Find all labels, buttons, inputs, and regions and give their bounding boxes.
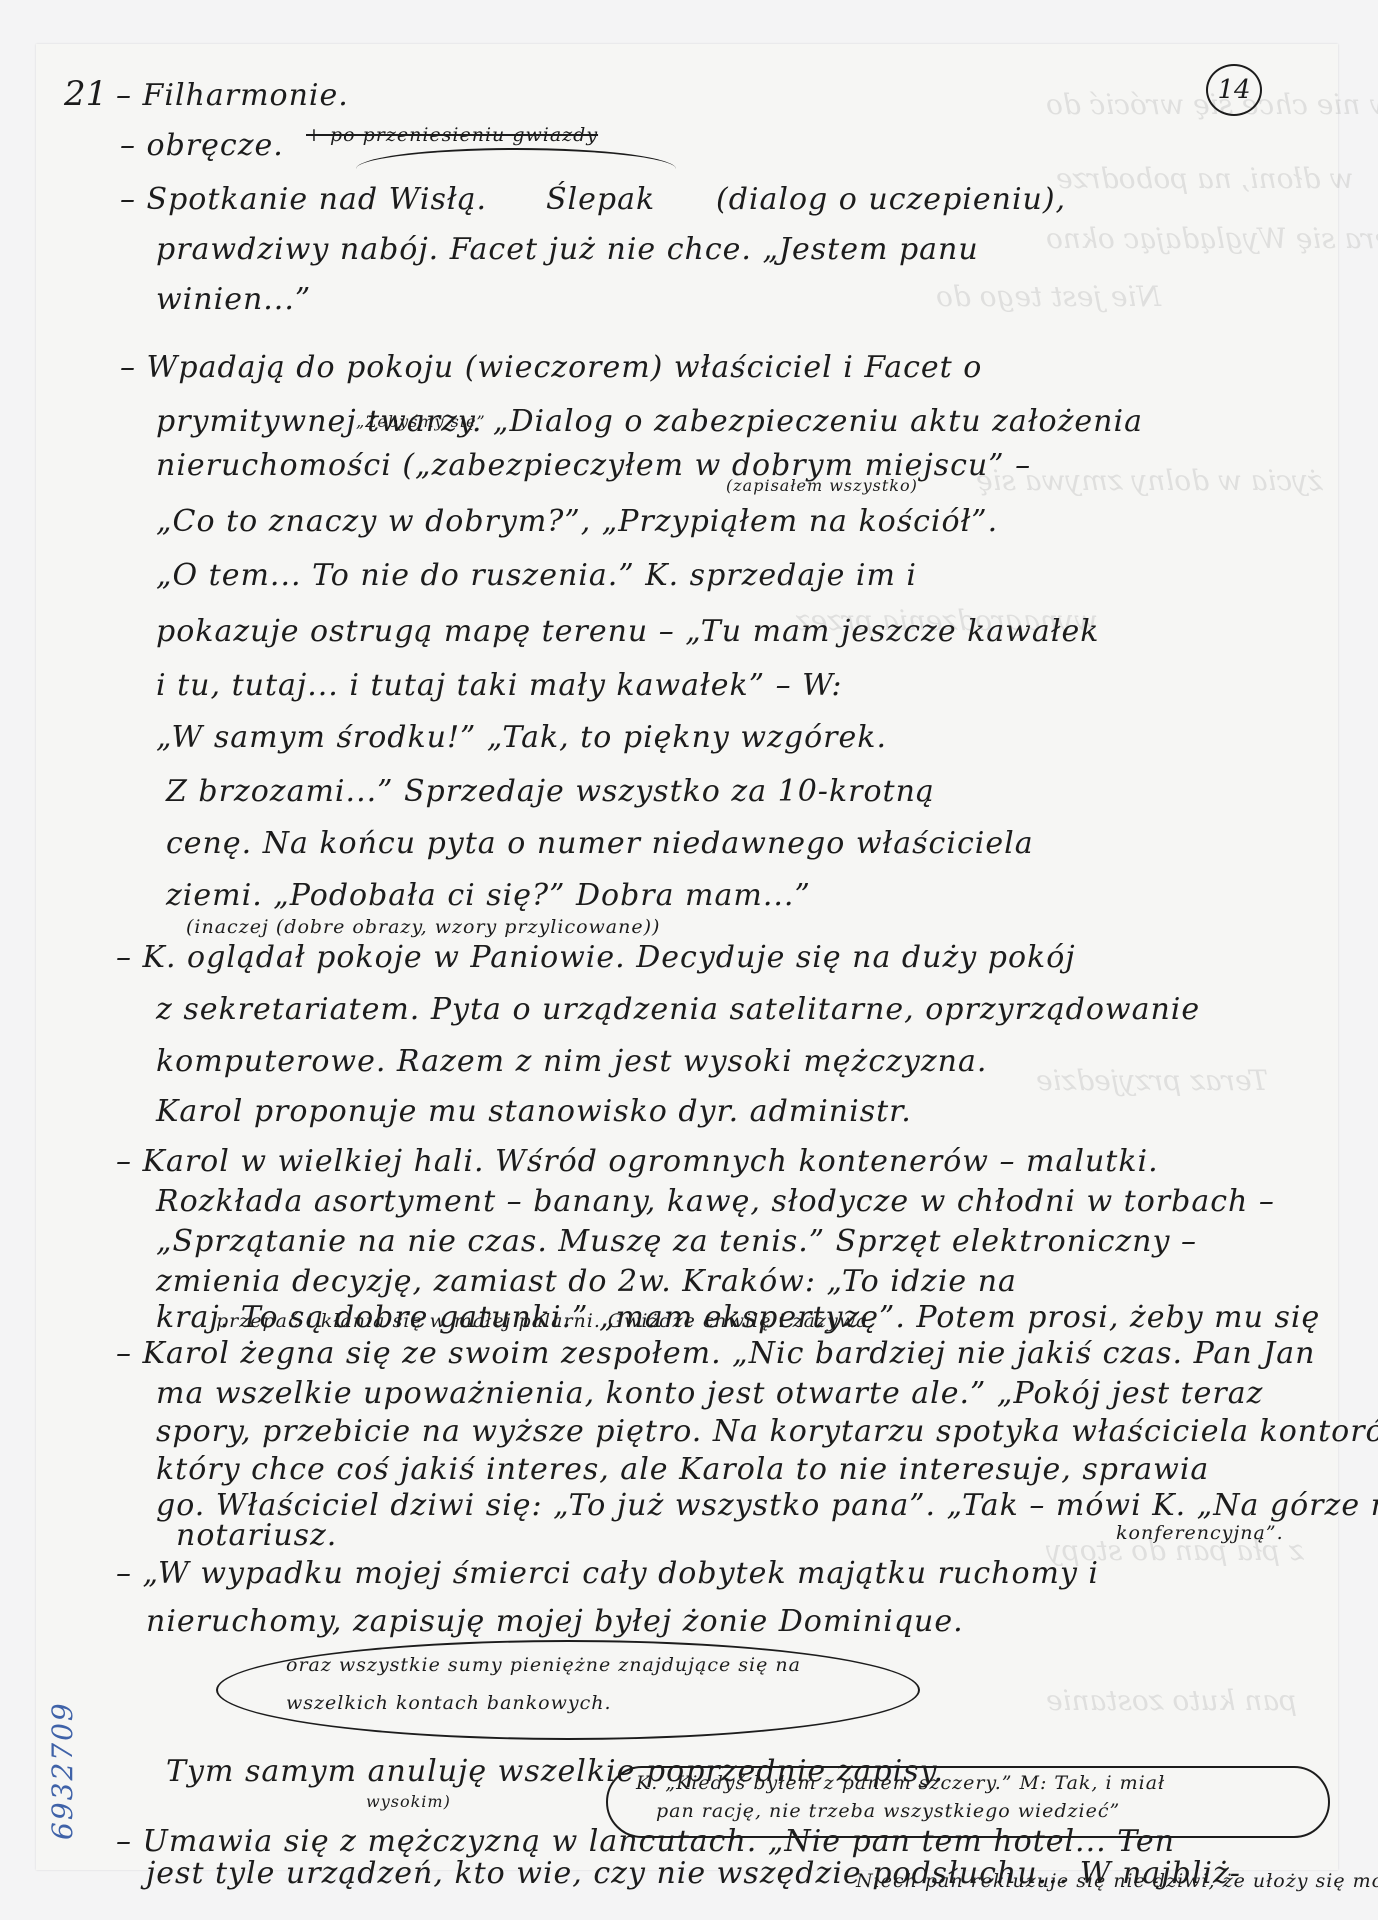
line-heading: – Filharmonie. <box>116 78 349 113</box>
bubble-line: K. „Kiedyś byłem z panem szczery.” M: Ta… <box>636 1772 1165 1794</box>
circled-line: oraz wszystkie sumy pieniężne znajdujące… <box>286 1654 801 1676</box>
line: – K. oglądał pokoje w Paniowie. Decyduje… <box>116 940 1076 975</box>
line: Karol proponuje mu stanowisko dyr. admin… <box>156 1094 912 1129</box>
line: – Umawia się z mężczyzną w lancutach. „N… <box>116 1824 1175 1859</box>
struck-text: + po przeniesieniu gwiazdy <box>306 124 598 146</box>
circled-line: wszelkich kontach bankowych. <box>286 1692 612 1714</box>
show-through-text: Nie jest tego do <box>936 280 1161 313</box>
line: – „W wypadku mojej śmierci cały dobytek … <box>116 1556 1099 1591</box>
line: „Sprzątanie na nie czas. Muszę za tenis.… <box>156 1224 1197 1259</box>
show-through-text: w dłoni, na pobodrze <box>1056 162 1353 195</box>
line-continuation: (dialog o uczepieniu), <box>716 182 1066 217</box>
line: „O tem... To nie do ruszenia.” K. sprzed… <box>156 558 917 593</box>
line: – obręcze. <box>120 128 284 163</box>
inserted-word: Ślepak <box>546 182 655 217</box>
line: i tu, tutaj... i tutaj taki mały kawałek… <box>156 668 842 703</box>
page-number-circled: 14 <box>1206 64 1262 116</box>
line: winien...” <box>156 282 311 317</box>
interlinear-insert: wysokim) <box>366 1792 451 1811</box>
line: nieruchomości („zabezpieczyłem w dobrym … <box>156 448 1031 483</box>
line: „W samym środku!” „Tak, to piękny wzgóre… <box>156 720 887 755</box>
line: kraj. To są dobre gatunki.” „mam ekspert… <box>156 1300 1320 1335</box>
line: – Spotkanie nad Wisłą. <box>120 182 487 217</box>
line: Z brzozami...” Sprzedaje wszystko za 10-… <box>166 774 935 809</box>
show-through-text: Teraz przyjedzie <box>1036 1064 1268 1097</box>
line: ziemi. „Podobała ci się?” Dobra mam...” <box>166 878 811 913</box>
line: ma wszelkie upoważnienia, konto jest otw… <box>156 1376 1263 1411</box>
line: z sekretariatem. Pyta o urządzenia satel… <box>156 992 1200 1027</box>
manuscript-page: Pani kiow nie chce się wrócić do w dłoni… <box>36 44 1338 1870</box>
line: Rozkłada asortyment – banany, kawę, słod… <box>156 1184 1275 1219</box>
show-through-text: ubiera się Wyglądając okno <box>1046 222 1378 255</box>
bubble-line: pan rację, nie trzeba wszystkiego wiedzi… <box>656 1800 1120 1822</box>
line: – Karol w wielkiej hali. Wśród ogromnych… <box>116 1144 1159 1179</box>
scene-number: 21 <box>64 74 107 114</box>
interlinear-insert: (inaczej (dobre obrazy, wzory przylicowa… <box>186 916 660 938</box>
line: notariusz. <box>176 1518 337 1553</box>
line: jest tyle urządzeń, kto wie, czy nie wsz… <box>146 1856 1241 1891</box>
line: który chce coś jakiś interes, ale Karola… <box>156 1452 1209 1487</box>
line: komputerowe. Razem z nim jest wysoki męż… <box>156 1044 987 1079</box>
line: – Wpadają do pokoju (wieczorem) właścici… <box>120 350 982 385</box>
line: „Co to znaczy w dobrym?”, „Przypiąłem na… <box>156 504 998 539</box>
show-through-text: pan kuto zostanie <box>1046 1684 1297 1717</box>
line: cenę. Na końcu pyta o numer niedawnego w… <box>166 826 1034 861</box>
line: nieruchomy, zapisuję mojej byłej żonie D… <box>146 1604 964 1639</box>
line: – Karol żegna się ze swoim zespołem. „Ni… <box>116 1336 1315 1371</box>
archive-stamp-number: 6932709 <box>46 1701 79 1840</box>
line: zmienia decyzję, zamiast do 2w. Kraków: … <box>156 1264 1017 1299</box>
line: prawdziwy nabój. Facet już nie chce. „Je… <box>156 232 979 267</box>
line: spory, przebicie na wyższe piętro. Na ko… <box>156 1414 1378 1449</box>
interlinear-insert: konferencyjną”. <box>1116 1522 1284 1544</box>
line: go. Właściciel dziwi się: „To już wszyst… <box>156 1488 1378 1523</box>
line: pokazuje ostrugą mapę terenu – „Tu mam j… <box>156 614 1099 649</box>
line: prymitywnej twarzy. „Dialog o zabezpiecz… <box>156 404 1143 439</box>
